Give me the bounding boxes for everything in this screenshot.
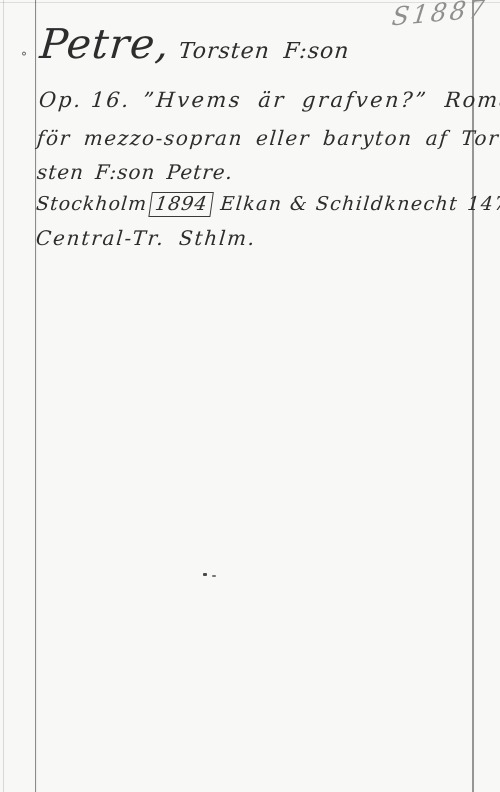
work-title: ”Hvems är grafven?” [142,88,429,112]
imprint-plate-number: 1477. [466,193,500,215]
ink-speck [212,575,216,577]
imprint-year-boxed: 1894 [148,192,214,217]
heading-line: Petre, Torsten F:son [38,20,352,68]
card-left-edge-line [3,0,4,792]
margin-dot-mark: ° [21,50,27,64]
subtitle-line-2: sten F:son Petre. [36,160,234,184]
imprint-publisher: Elkan & Schildknecht [220,193,460,215]
work-genre: Romance [444,88,500,112]
opus-title-line: Op. 16. ”Hvems är grafven?” Romance [38,88,500,112]
heading-forenames: Torsten F:son [178,39,351,64]
printer-line: Central-Tr. Sthlm. [35,226,257,250]
pencil-shelfmark: S1887 [390,0,489,31]
left-margin-rule [35,0,36,792]
catalog-card-scan: S1887 ° Petre, Torsten F:son Op. 16. ”Hv… [0,0,500,792]
opus-number: Op. 16. [38,88,132,112]
imprint-city: Stockholm [35,193,148,215]
heading-surname: Petre, [38,20,172,68]
ink-speck [203,573,207,576]
subtitle-line-1: för mezzo-sopran eller baryton af Tor= [36,126,500,150]
imprint-line: Stockholm1894Elkan & Schildknecht1477. [35,192,500,217]
right-margin-rule [472,0,474,792]
